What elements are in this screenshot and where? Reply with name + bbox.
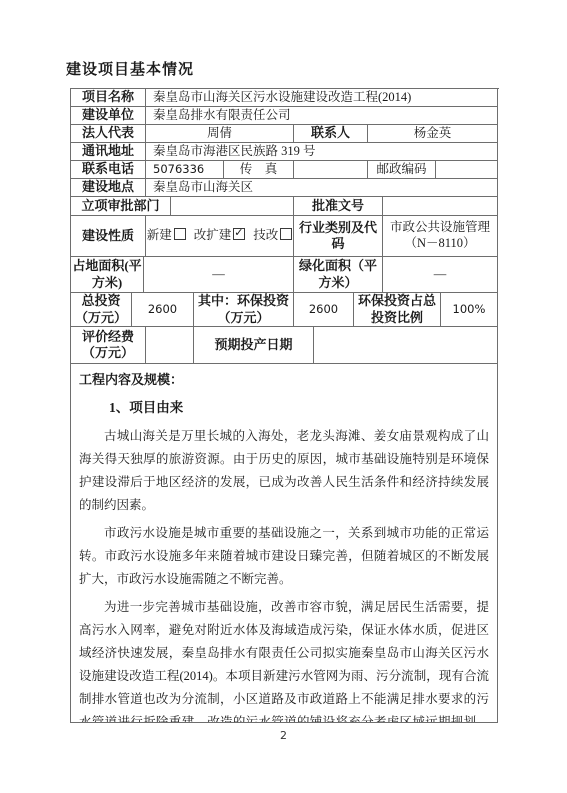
section-title: 工程内容及规模： — [79, 369, 489, 388]
green-area-value: — — [383, 257, 498, 293]
fax-label: 传 真 — [224, 161, 294, 179]
approval-dept-label: 立项审批部门 — [71, 197, 171, 216]
env-ratio-label: 环保投资占总投资比例 — [354, 293, 441, 327]
production-date-value — [314, 327, 498, 364]
build-unit-value: 秦皇岛排水有限责任公司 — [146, 107, 498, 125]
table-row: 建设单位 秦皇岛排水有限责任公司 — [71, 107, 499, 125]
build-unit-label: 建设单位 — [71, 107, 146, 125]
checkbox-new-icon — [174, 228, 186, 240]
table-row: 立项审批部门 批准文号 — [71, 197, 499, 216]
nature-option-techupgrade: 技改 — [253, 228, 292, 244]
table-row: 占地面积(平方米) — 绿化面积（平方米） — — [71, 257, 499, 293]
land-area-value: — — [144, 257, 294, 293]
eval-fee-value — [146, 327, 194, 364]
address-value: 秦皇岛市海港区民族路 319 号 — [146, 143, 498, 161]
table-row: 建设地点 秦皇岛市山海关区 — [71, 179, 499, 197]
env-invest-value: 2600 — [294, 293, 354, 327]
table-row: 总投资（万元） 2600 其中：环保投资（万元） 2600 环保投资占总投资比例… — [71, 293, 499, 327]
build-site-value: 秦皇岛市山海关区 — [146, 179, 498, 197]
document-page: 建设项目基本情况 项目名称 秦皇岛市山海关区污水设施建设改造工程(2014) 建… — [0, 0, 567, 793]
production-date-label: 预期投产日期 — [194, 327, 314, 364]
build-site-label: 建设地点 — [71, 179, 146, 197]
page-number: 2 — [0, 729, 567, 742]
approval-no-value — [383, 197, 498, 216]
phone-label: 联系电话 — [71, 161, 146, 179]
nature-option-rebuild: 改扩建 — [194, 228, 246, 244]
checkbox-techupgrade-icon — [280, 228, 292, 240]
legal-rep-label: 法人代表 — [71, 125, 146, 143]
paragraph-3: 为进一步完善城市基础设施，改善市容市貌，满足居民生活需要，提高污水入网率，避免对… — [79, 596, 489, 723]
total-invest-value: 2600 — [132, 293, 194, 327]
project-info-table: 项目名称 秦皇岛市山海关区污水设施建设改造工程(2014) 建设单位 秦皇岛排水… — [70, 88, 499, 723]
nature-options: 新建改扩建技改 — [146, 216, 294, 257]
legal-rep-value: 周倩 — [146, 125, 294, 143]
total-invest-label: 总投资（万元） — [71, 293, 132, 327]
industry-value: 市政公共设施管理（N－8110） — [383, 216, 498, 257]
green-area-label: 绿化面积（平方米） — [294, 257, 383, 293]
paragraph-1: 古城山海关是万里长城的入海处，老龙头海滩、姜女庙景观构成了山海关得天独厚的旅游资… — [79, 425, 489, 517]
nature-option-new: 新建 — [147, 228, 186, 244]
project-content-section: 工程内容及规模： 1、项目由来 古城山海关是万里长城的入海处，老龙头海滩、姜女庙… — [71, 364, 498, 723]
contact-person-value: 杨金英 — [368, 125, 498, 143]
env-ratio-value: 100% — [441, 293, 498, 327]
nature-label: 建设性质 — [71, 216, 146, 257]
document-title: 建设项目基本情况 — [66, 58, 194, 79]
fax-value — [294, 161, 368, 179]
paragraph-2: 市政污水设施是城市重要的基础设施之一，关系到城市功能的正常运转。市政污水设施多年… — [79, 522, 489, 591]
table-row: 项目名称 秦皇岛市山海关区污水设施建设改造工程(2014) — [71, 89, 499, 107]
land-area-label: 占地面积(平方米) — [71, 257, 144, 293]
table-row: 法人代表 周倩 联系人 杨金英 — [71, 125, 499, 143]
phone-value: 5076336 — [146, 161, 224, 179]
address-label: 通讯地址 — [71, 143, 146, 161]
table-row: 通讯地址 秦皇岛市海港区民族路 319 号 — [71, 143, 499, 161]
eval-fee-label: 评价经费（万元） — [71, 327, 146, 364]
approval-dept-value — [171, 197, 294, 216]
approval-no-label: 批准文号 — [294, 197, 383, 216]
table-row: 联系电话 5076336 传 真 邮政编码 — [71, 161, 499, 179]
postcode-value — [436, 161, 498, 179]
project-name-value: 秦皇岛市山海关区污水设施建设改造工程(2014) — [146, 89, 498, 107]
checkbox-rebuild-icon — [233, 228, 245, 240]
sub-heading-1: 1、项目由来 — [79, 396, 489, 416]
project-name-label: 项目名称 — [71, 89, 146, 107]
contact-person-label: 联系人 — [294, 125, 368, 143]
table-row: 建设性质 新建改扩建技改 行业类别及代码 市政公共设施管理（N－8110） — [71, 216, 499, 257]
industry-label: 行业类别及代码 — [294, 216, 383, 257]
postcode-label: 邮政编码 — [368, 161, 436, 179]
table-row: 评价经费（万元） 预期投产日期 — [71, 327, 499, 364]
env-invest-label: 其中：环保投资（万元） — [194, 293, 294, 327]
table-row: 工程内容及规模： 1、项目由来 古城山海关是万里长城的入海处，老龙头海滩、姜女庙… — [71, 364, 499, 723]
